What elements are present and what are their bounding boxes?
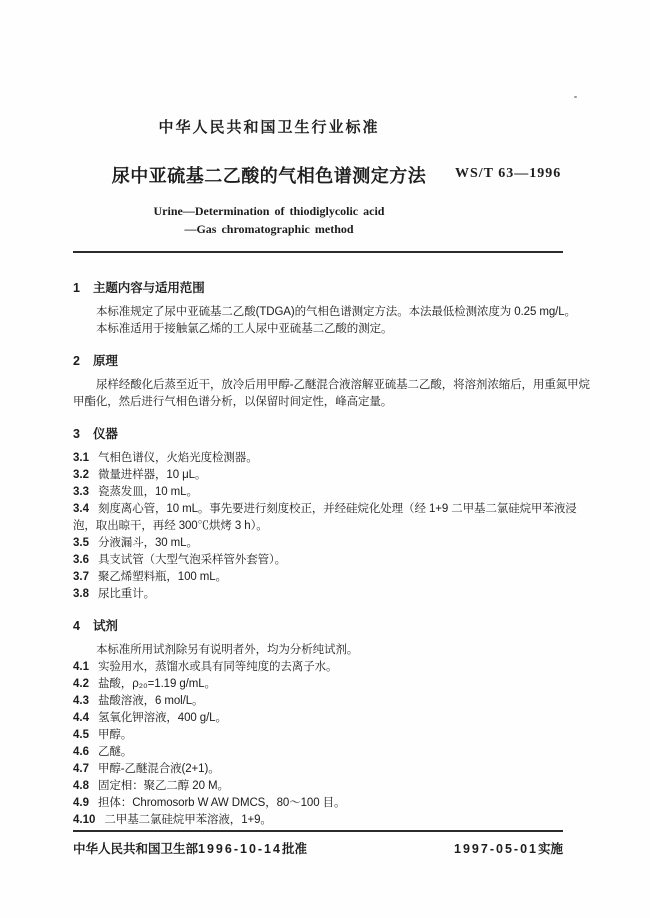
clause-line: 4.1实验用水，蒸馏水或具有同等纯度的去离子水。	[73, 659, 563, 676]
clause-line: 3.6具支试管（大型气泡采样管外套管）。	[73, 552, 563, 569]
section: 3仪器 3.1气相色谱仪，火焰光度检测器。3.2微量进样器，10 μL。3.3瓷…	[73, 425, 563, 603]
approval-authority: 中华人民共和国卫生部	[73, 842, 198, 856]
clause-number: 3.1	[73, 450, 89, 467]
document-title-en-line2: —Gas chromatographic method	[73, 220, 465, 238]
section-title: 仪器	[93, 427, 118, 441]
clause-line: 泡，取出晾干，再经 300℃烘烤 3 h）。	[73, 518, 563, 535]
header-divider	[73, 251, 563, 253]
clause-number: 4.5	[73, 727, 89, 744]
implementation-statement: 1997-05-01实施	[454, 839, 563, 857]
standard-org-label: 中华人民共和国卫生行业标准	[73, 118, 465, 138]
clause-line: 4.9担体：Chromosorb W AW DMCS，80～100 目。	[73, 795, 563, 812]
paragraph-line: 本标准适用于接触氯乙烯的工人尿中亚硫基二乙酸的测定。	[73, 321, 563, 338]
clause-number: 3.8	[73, 586, 89, 603]
paragraph-line: 尿样经酸化后蒸至近干，放冷后用甲醇-乙醚混合液溶解亚硫基二乙酸，将溶剂浓缩后，用…	[73, 377, 563, 394]
approval-suffix: 批准	[282, 842, 307, 856]
section: 1主题内容与适用范围 本标准规定了尿中亚硫基二乙酸(TDGA)的气相色谱测定方法…	[73, 279, 563, 338]
clause-line: 4.2盐酸，ρ₂₀=1.19 g/mL。	[73, 676, 563, 693]
section-title: 试剂	[93, 619, 118, 633]
section: 4试剂 本标准所用试剂除另有说明者外，均为分析纯试剂。4.1实验用水，蒸馏水或具…	[73, 617, 563, 829]
title-row: 尿中亚硫基二乙酸的气相色谱测定方法 WS/T 63—1996	[73, 163, 465, 189]
clause-number: 3.6	[73, 552, 89, 569]
clause-number: 4.10	[73, 812, 95, 829]
section-title: 原理	[93, 354, 118, 368]
section-number: 1	[73, 279, 93, 297]
clause-number: 4.6	[73, 744, 89, 761]
scan-speck	[574, 96, 577, 98]
clause-number: 3.7	[73, 569, 89, 586]
document-footer: 中华人民共和国卫生部1996-10-14批准 1997-05-01实施	[73, 830, 563, 857]
clause-line: 4.5甲醇。	[73, 727, 563, 744]
paragraph-line: 本标准规定了尿中亚硫基二乙酸(TDGA)的气相色谱测定方法。本法最低检测浓度为 …	[73, 304, 563, 321]
clause-line: 3.4刻度离心管，10 mL。事先要进行刻度校正，并经硅烷化处理（经 1+9 二…	[73, 501, 563, 518]
document-page: 中华人民共和国卫生行业标准 尿中亚硫基二乙酸的气相色谱测定方法 WS/T 63—…	[0, 0, 650, 918]
section: 2原理 尿样经酸化后蒸至近干，放冷后用甲醇-乙醚混合液溶解亚硫基二乙酸，将溶剂浓…	[73, 352, 563, 411]
clause-line: 3.2微量进样器，10 μL。	[73, 467, 563, 484]
clause-number: 4.7	[73, 761, 89, 778]
clause-line: 3.1气相色谱仪，火焰光度检测器。	[73, 450, 563, 467]
document-body: 1主题内容与适用范围 本标准规定了尿中亚硫基二乙酸(TDGA)的气相色谱测定方法…	[73, 279, 563, 829]
document-header: 中华人民共和国卫生行业标准 尿中亚硫基二乙酸的气相色谱测定方法 WS/T 63—…	[73, 118, 465, 238]
content-column: 中华人民共和国卫生行业标准 尿中亚硫基二乙酸的气相色谱测定方法 WS/T 63—…	[73, 0, 563, 829]
clause-number: 4.1	[73, 659, 89, 676]
clause-line: 4.6乙醚。	[73, 744, 563, 761]
clause-line: 4.4氢氧化钾溶液，400 g/L。	[73, 710, 563, 727]
section-body: 本标准所用试剂除另有说明者外，均为分析纯试剂。4.1实验用水，蒸馏水或具有同等纯…	[73, 642, 563, 829]
clause-number: 3.4	[73, 501, 89, 518]
clause-number: 4.3	[73, 693, 89, 710]
section-number: 4	[73, 617, 93, 635]
section-number: 2	[73, 352, 93, 370]
clause-number: 4.4	[73, 710, 89, 727]
clause-number: 4.8	[73, 778, 89, 795]
implementation-date: 1997-05-01	[454, 842, 538, 856]
section-body: 本标准规定了尿中亚硫基二乙酸(TDGA)的气相色谱测定方法。本法最低检测浓度为 …	[73, 304, 563, 338]
clause-line: 3.7聚乙烯塑料瓶，100 mL。	[73, 569, 563, 586]
footer-row: 中华人民共和国卫生部1996-10-14批准 1997-05-01实施	[73, 832, 563, 857]
clause-line: 3.5分液漏斗，30 mL。	[73, 535, 563, 552]
approval-date: 1996-10-14	[198, 842, 282, 856]
clause-number: 3.5	[73, 535, 89, 552]
clause-line: 3.3瓷蒸发皿，10 mL。	[73, 484, 563, 501]
section-body: 3.1气相色谱仪，火焰光度检测器。3.2微量进样器，10 μL。3.3瓷蒸发皿，…	[73, 450, 563, 603]
paragraph-line: 甲酯化，然后进行气相色谱分析，以保留时间定性，峰高定量。	[73, 394, 563, 411]
section-body: 尿样经酸化后蒸至近干，放冷后用甲醇-乙醚混合液溶解亚硫基二乙酸，将溶剂浓缩后，用…	[73, 377, 563, 411]
section-title: 主题内容与适用范围	[93, 281, 205, 295]
clause-number: 4.9	[73, 795, 89, 812]
section-heading: 2原理	[73, 352, 563, 370]
implementation-suffix: 实施	[538, 842, 563, 856]
clause-line: 4.7甲醇-乙醚混合液(2+1)。	[73, 761, 563, 778]
document-title-cn: 尿中亚硫基二乙酸的气相色谱测定方法	[73, 163, 465, 189]
clause-number: 3.2	[73, 467, 89, 484]
section-number: 3	[73, 425, 93, 443]
clause-line: 4.8固定相：聚乙二醇 20 M。	[73, 778, 563, 795]
document-title-en-line1: Urine—Determination of thiodiglycolic ac…	[73, 202, 465, 220]
clause-line: 4.3盐酸溶液，6 mol/L。	[73, 693, 563, 710]
clause-number: 4.2	[73, 676, 89, 693]
section-heading: 1主题内容与适用范围	[73, 279, 563, 297]
clause-number: 3.3	[73, 484, 89, 501]
section-heading: 4试剂	[73, 617, 563, 635]
paragraph-line: 本标准所用试剂除另有说明者外，均为分析纯试剂。	[73, 642, 563, 659]
clause-line: 4.10二甲基二氯硅烷甲苯溶液，1+9。	[73, 812, 563, 829]
clause-line: 3.8尿比重计。	[73, 586, 563, 603]
section-heading: 3仪器	[73, 425, 563, 443]
approval-statement: 中华人民共和国卫生部1996-10-14批准	[73, 839, 307, 857]
